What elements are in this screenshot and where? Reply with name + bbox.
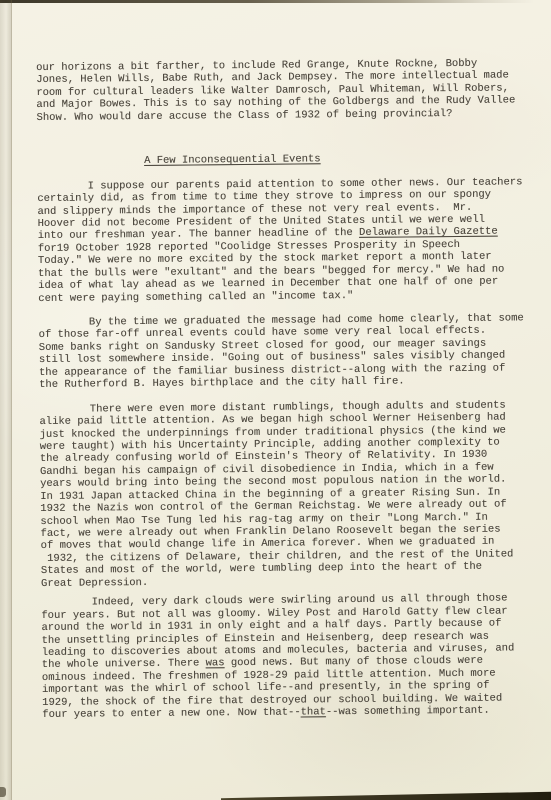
text-line: A Few Inconsequential Events: [37, 151, 537, 168]
page-edge-mark: [0, 787, 6, 797]
page-bottom-edge-shadow: [221, 791, 551, 800]
document-text: our horizons a bit farther, to include R…: [36, 57, 542, 721]
paragraph-2: I suppose our parents paid attention to …: [37, 176, 538, 305]
page-left-edge: [0, 0, 12, 800]
paragraph-5: Indeed, very dark clouds were swirling a…: [41, 592, 542, 721]
paragraph-1: our horizons a bit farther, to include R…: [36, 57, 537, 124]
paragraph-3: By the time we graduated the message had…: [38, 312, 539, 391]
section-heading: A Few Inconsequential Events: [37, 151, 537, 168]
page-top-edge-shadow: [0, 0, 551, 3]
paragraph-4: There were even more distant rumblings, …: [39, 399, 541, 590]
scanned-page: our horizons a bit farther, to include R…: [0, 0, 551, 800]
